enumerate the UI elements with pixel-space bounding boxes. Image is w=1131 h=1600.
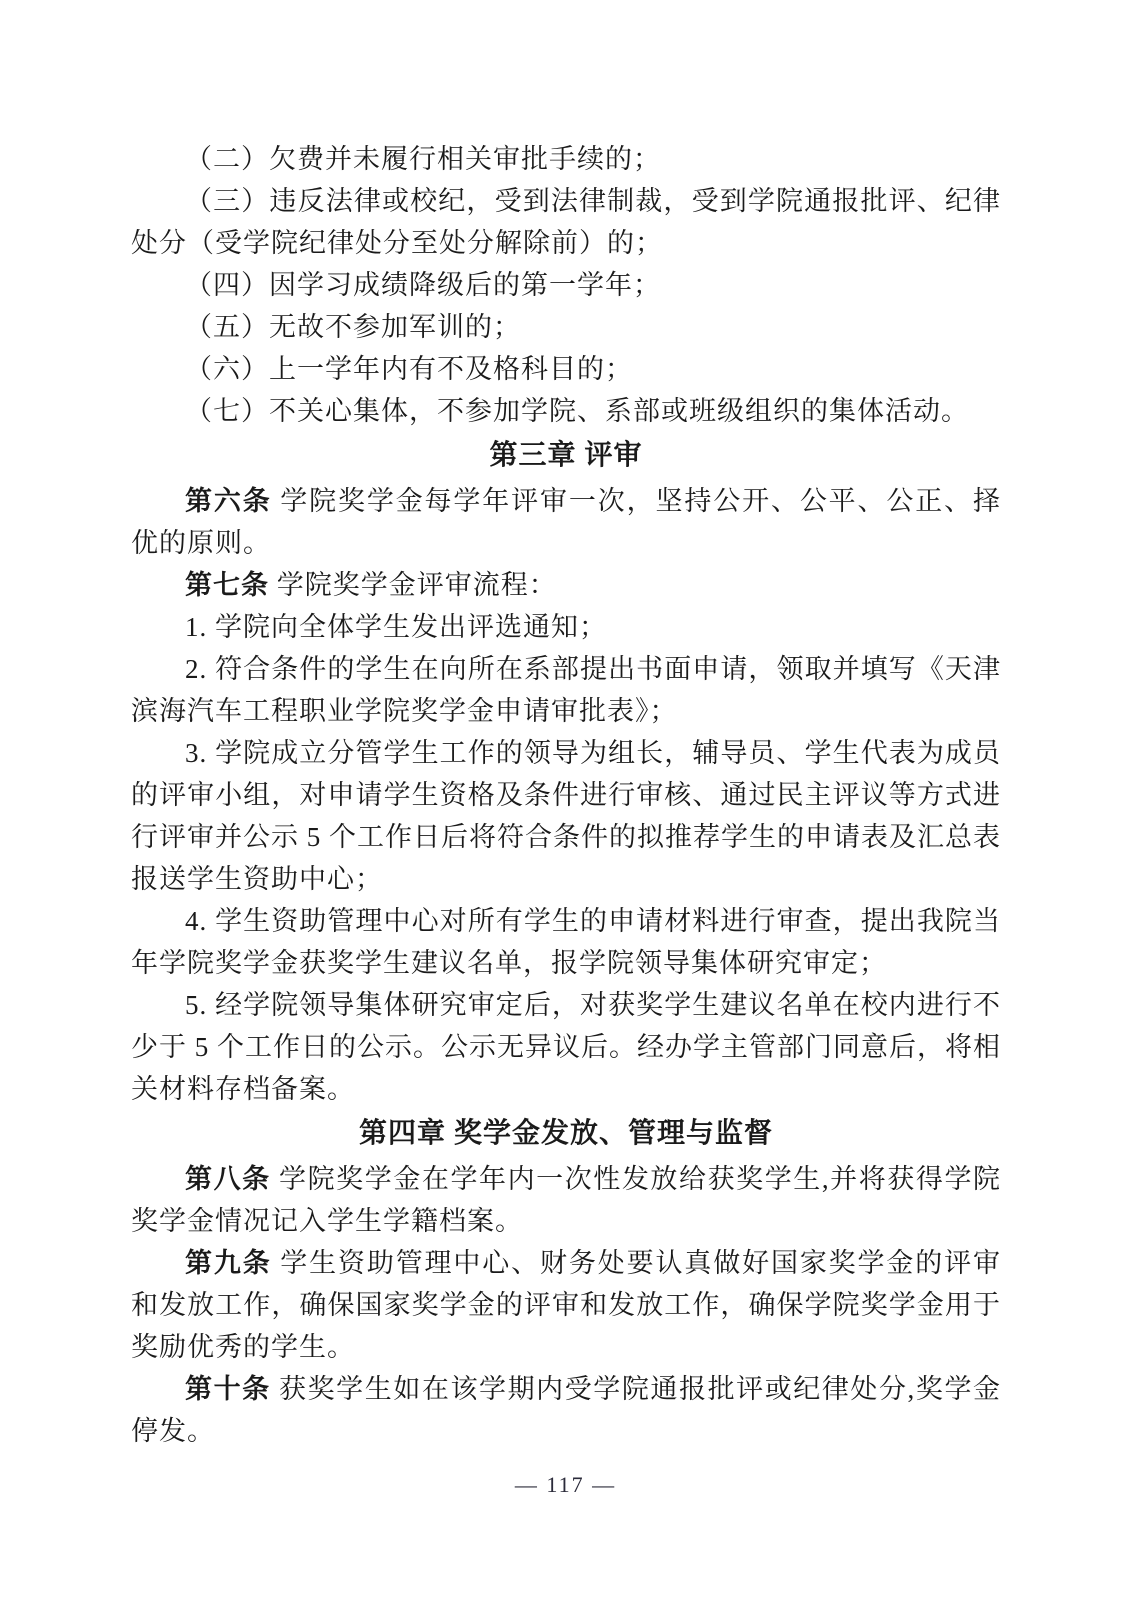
paragraph: （六）上一学年内有不及格科目的；: [131, 348, 1001, 390]
article-label: 第十条: [185, 1374, 271, 1404]
paragraph: 第六条 学院奖学金每学年评审一次，坚持公开、公平、公正、择优的原则。: [131, 480, 1001, 564]
paragraph: （七）不关心集体，不参加学院、系部或班级组织的集体活动。: [131, 390, 1001, 432]
document-page: （二）欠费并未履行相关审批手续的；（三）违反法律或校纪，受到法律制裁，受到学院通…: [0, 0, 1131, 1600]
paragraph: 2. 符合条件的学生在向所在系部提出书面申请，领取并填写《天津滨海汽车工程职业学…: [131, 648, 1001, 732]
paragraph: 1. 学院向全体学生发出评选通知；: [131, 606, 1001, 648]
paragraph: 3. 学院成立分管学生工作的领导为组长，辅导员、学生代表为成员的评审小组，对申请…: [131, 732, 1001, 900]
chapter-heading: 第三章 评审: [131, 434, 1001, 478]
article-label: 第六条: [185, 486, 272, 516]
article-label: 第九条: [185, 1248, 272, 1278]
paragraph: （三）违反法律或校纪，受到法律制裁，受到学院通报批评、纪律处分（受学院纪律处分至…: [131, 180, 1001, 264]
document-body: （二）欠费并未履行相关审批手续的；（三）违反法律或校纪，受到法律制裁，受到学院通…: [131, 138, 1001, 1452]
page-number: — 117 —: [0, 1472, 1131, 1498]
paragraph: （二）欠费并未履行相关审批手续的；: [131, 138, 1001, 180]
chapter-heading: 第四章 奖学金发放、管理与监督: [131, 1112, 1001, 1156]
paragraph: 第九条 学生资助管理中心、财务处要认真做好国家奖学金的评审和发放工作，确保国家奖…: [131, 1242, 1001, 1368]
paragraph: 第十条 获奖学生如在该学期内受学院通报批评或纪律处分,奖学金停发。: [131, 1368, 1001, 1452]
paragraph: 5. 经学院领导集体研究审定后，对获奖学生建议名单在校内进行不少于 5 个工作日…: [131, 984, 1001, 1110]
article-label: 第七条: [185, 570, 269, 600]
paragraph: 第七条 学院奖学金评审流程：: [131, 564, 1001, 606]
paragraph: 第八条 学院奖学金在学年内一次性发放给获奖学生,并将获得学院奖学金情况记入学生学…: [131, 1158, 1001, 1242]
paragraph: （四）因学习成绩降级后的第一学年；: [131, 264, 1001, 306]
paragraph: （五）无故不参加军训的；: [131, 306, 1001, 348]
paragraph-text: 学院奖学金评审流程：: [269, 570, 557, 600]
paragraph: 4. 学生资助管理中心对所有学生的申请材料进行审查，提出我院当年学院奖学金获奖学…: [131, 900, 1001, 984]
article-label: 第八条: [185, 1164, 271, 1194]
